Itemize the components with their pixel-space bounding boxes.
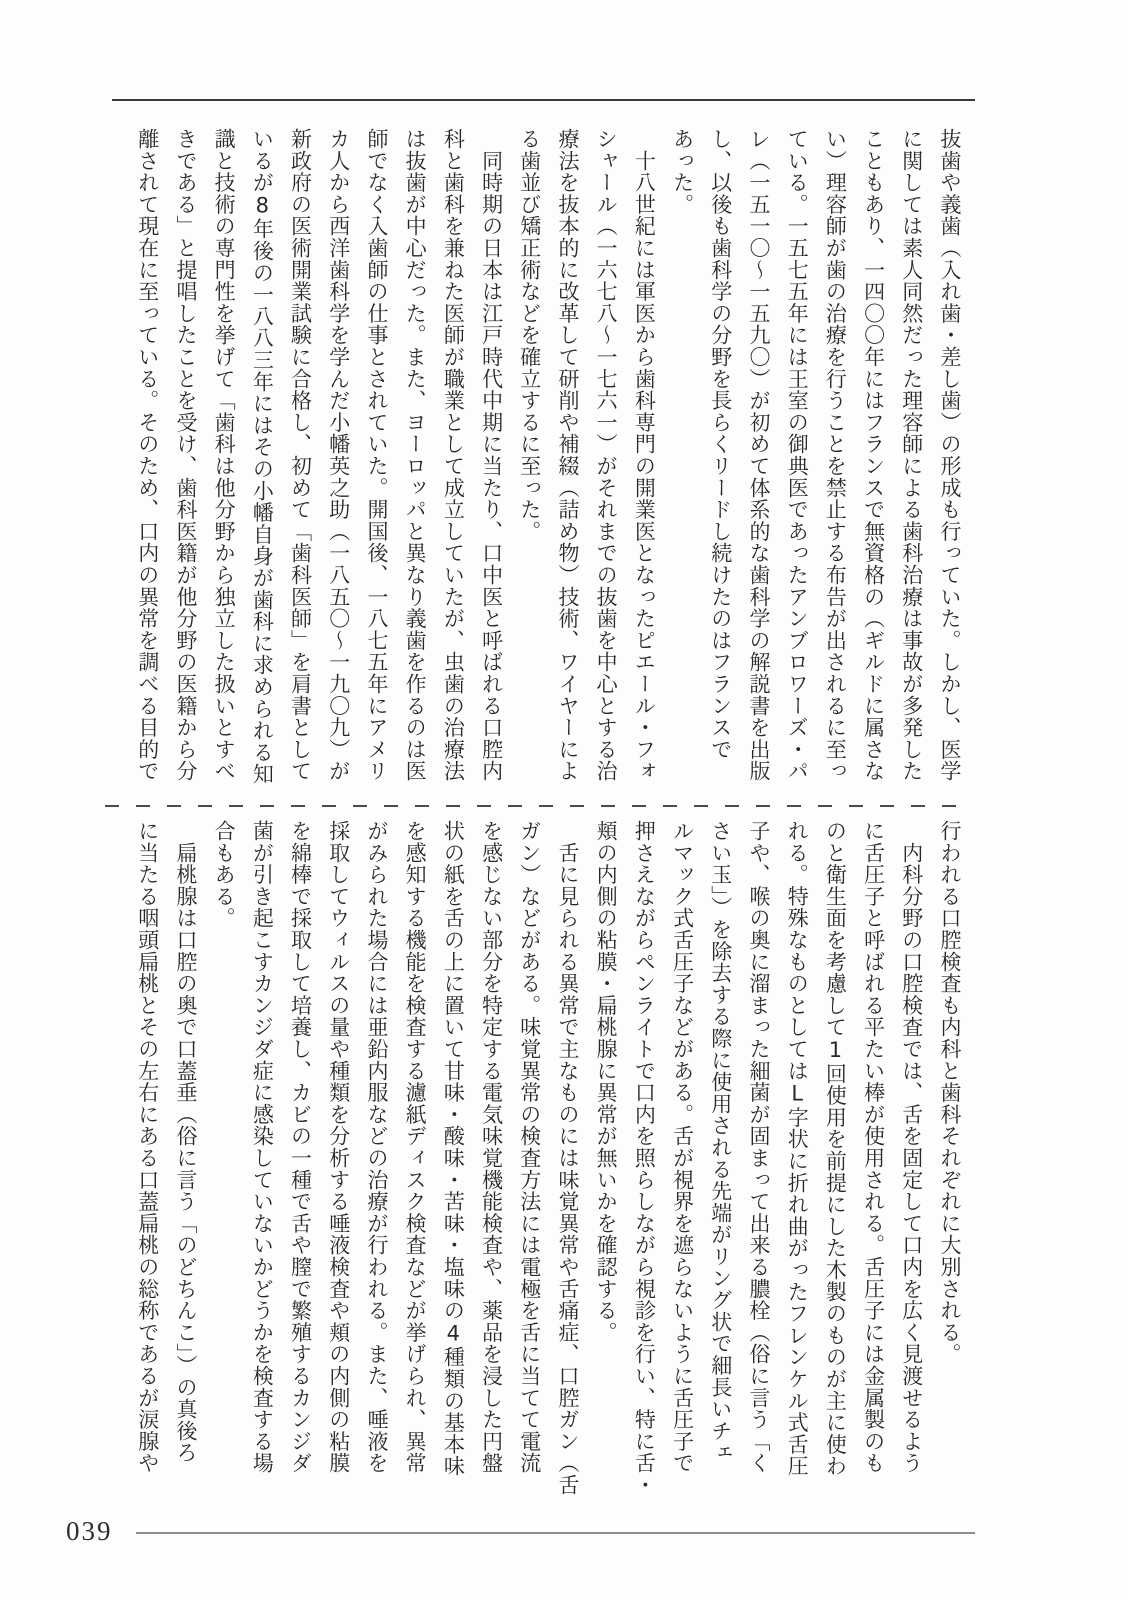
text-column: がみられた場合には亜鉛内服などの治療が行われる。また、唾液を <box>358 820 396 1490</box>
text-column: ルマック式舌圧子などがある。舌が視界を遮らないように舌圧子で <box>663 820 701 1490</box>
text-column: る歯並び矯正術などを確立するに至った。 <box>511 128 549 790</box>
text-column: ている。一五七五年には王室の御典医であったアンブロワーズ・パ <box>778 128 816 790</box>
text-column: に舌圧子と呼ばれる平たい棒が使用される。舌圧子には金属製のも <box>854 820 892 1490</box>
text-column: 状の紙を舌の上に置いて甘味・酸味・苦味・塩味の4種類の基本味 <box>434 820 472 1490</box>
text-column: い）理容師が歯の治療を行うことを禁止する布告が出されるに至っ <box>816 128 854 790</box>
text-column: 療法を抜本的に改革して研削や補綴（詰め物）技術、ワイヤーによ <box>549 128 587 790</box>
text-column: レ（一五一〇〜一五九〇）が初めて体系的な歯科学の解説書を出版 <box>740 128 778 790</box>
text-column: を綿棒で採取して培養し、カビの一種で舌や膣で繁殖するカンジダ <box>281 820 319 1490</box>
text-column: 行われる口腔検査も内科と歯科それぞれに大別される。 <box>931 820 969 1490</box>
text-column: し、以後も歯科学の分野を長らくリードし続けたのはフランスで <box>702 128 740 790</box>
text-column: カ人から西洋歯科学を学んだ小幡英之助（一八五〇〜一九〇九）が <box>320 128 358 790</box>
footer-rule <box>136 1532 975 1534</box>
text-column: 内科分野の口腔検査では、舌を固定して口内を広く見渡せるよう <box>893 820 931 1490</box>
text-column: こともあり、一四〇〇年にはフランスで無資格の（ギルドに属さな <box>854 128 892 790</box>
section-divider-dashed <box>105 805 961 807</box>
book-page: 抜歯や義歯（入れ歯・差し歯）の形成も行っていた。しかし、医学に関しては素人同然だ… <box>0 0 1128 1600</box>
text-column: 合もある。 <box>205 820 243 1490</box>
text-column: ガン）などがある。味覚異常の検査方法には電極を舌に当てて電流 <box>511 820 549 1490</box>
header-rule <box>112 99 975 101</box>
text-column: 菌が引き起こすカンジダ症に感染していないかどうかを検査する場 <box>243 820 281 1490</box>
text-column: れる。特殊なものとしてはL字状に折れ曲がったフレンケル式舌圧 <box>778 820 816 1490</box>
text-column: 離されて現在に至っている。そのため、口内の異常を調べる目的で <box>129 128 167 790</box>
text-column: 科と歯科を兼ねた医師が職業として成立していたが、虫歯の治療法 <box>434 128 472 790</box>
text-column: さい玉」）を除去する際に使用される先端がリング状で細長いチェ <box>702 820 740 1490</box>
text-column: 採取してウィルスの量や種類を分析する唾液検査や頬の内側の粘膜 <box>320 820 358 1490</box>
text-column: のと衛生面を考慮して1回使用を前提にした木製のものが主に使わ <box>816 820 854 1490</box>
text-column: シャール（一六七八〜一七六一）がそれまでの抜歯を中心とする治 <box>587 128 625 790</box>
text-column: 押さえながらペンライトで口内を照らしながら視診を行い、特に舌・ <box>625 820 663 1490</box>
text-column: 師でなく入歯師の仕事とされていた。開国後、一八七五年にアメリ <box>358 128 396 790</box>
text-column: 舌に見られる異常で主なものには味覚異常や舌痛症、口腔ガン（舌 <box>549 820 587 1490</box>
page-number: 039 <box>66 1516 113 1547</box>
text-column: きである」と提唱したことを受け、歯科医籍が他分野の医籍から分 <box>167 128 205 790</box>
text-column: いるが8年後の一八八三年にはその小幡自身が歯科に求められる知 <box>243 128 281 790</box>
text-column: を感じない部分を特定する電気味覚機能検査や、薬品を浸した円盤 <box>472 820 510 1490</box>
text-column: 同時期の日本は江戸時代中期に当たり、口中医と呼ばれる口腔内 <box>472 128 510 790</box>
text-column: に関しては素人同然だった理容師による歯科治療は事故が多発した <box>893 128 931 790</box>
text-column: 抜歯や義歯（入れ歯・差し歯）の形成も行っていた。しかし、医学 <box>931 128 969 790</box>
text-column: 頬の内側の粘膜・扁桃腺に異常が無いかを確認する。 <box>587 820 625 1490</box>
text-column: は抜歯が中心だった。また、ヨーロッパと異なり義歯を作るのは医 <box>396 128 434 790</box>
text-column: あった。 <box>663 128 701 790</box>
text-column: 子や、喉の奥に溜まった細菌が固まって出来る膿栓（俗に言う「く <box>740 820 778 1490</box>
text-column: 識と技術の専門性を挙げて「歯科は他分野から独立した扱いとすべ <box>205 128 243 790</box>
bottom-text-section: 行われる口腔検査も内科と歯科それぞれに大別される。 内科分野の口腔検査では、舌を… <box>129 820 969 1490</box>
text-column: に当たる咽頭扁桃とその左右にある口蓋扁桃の総称であるが涙腺や <box>129 820 167 1490</box>
text-column: 扁桃腺は口腔の奥で口蓋垂（俗に言う「のどちんこ」）の真後ろ <box>167 820 205 1490</box>
text-column: 新政府の医術開業試験に合格し、初めて「歯科医師」を肩書として <box>281 128 319 790</box>
text-column: を感知する機能を検査する濾紙ディスク検査などが挙げられ、異常 <box>396 820 434 1490</box>
text-column: 十八世紀には軍医から歯科専門の開業医となったピエール・フォ <box>625 128 663 790</box>
top-text-section: 抜歯や義歯（入れ歯・差し歯）の形成も行っていた。しかし、医学に関しては素人同然だ… <box>129 128 969 790</box>
